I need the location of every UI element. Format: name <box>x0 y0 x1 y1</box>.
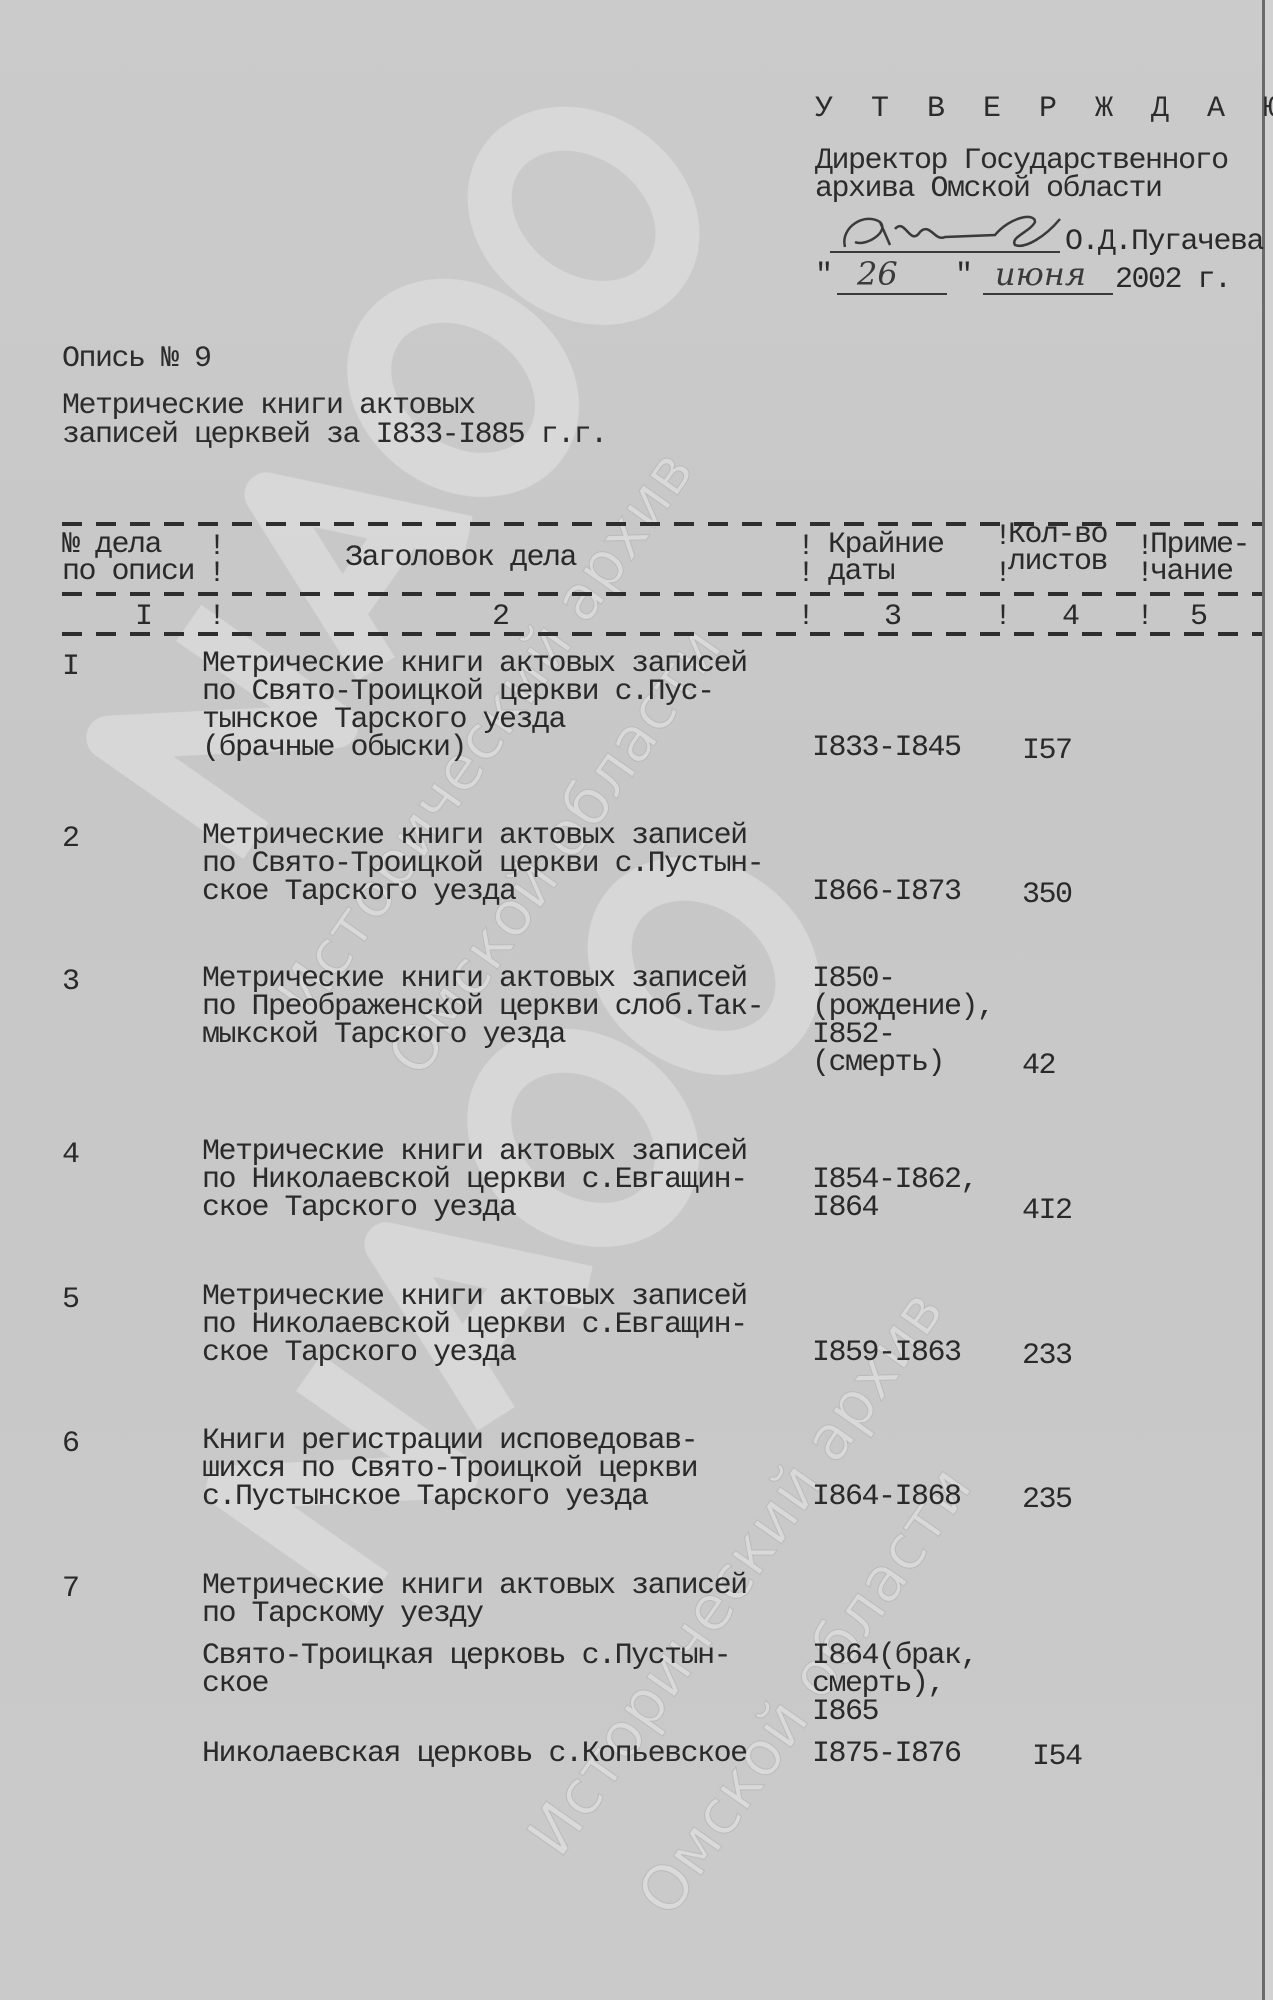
col-number-4: 4 <box>1062 600 1080 634</box>
col-number-5: 5 <box>1190 600 1208 634</box>
case-title: Метрические книги актовых записей по Ник… <box>202 1138 747 1222</box>
sub-item-title: Свято-Троицкая церковь с.Пустын- ское <box>202 1642 730 1698</box>
sub-item-title: Николаевская церковь с.Копьевское <box>202 1740 747 1768</box>
date-month: июня <box>995 255 1086 293</box>
signature-underline <box>830 251 1060 253</box>
col-separator: ! <box>208 600 226 634</box>
case-dates: I854-I862, I864 <box>812 1166 977 1222</box>
date-year: 2002 г. <box>1115 263 1231 297</box>
col-header-sheets-line2: листов <box>1008 549 1107 576</box>
col-header-note-line2: чание <box>1150 559 1233 586</box>
col-separator: ! <box>1136 557 1154 591</box>
sub-item-dates: I875-I876 <box>812 1740 961 1768</box>
col-number-2: 2 <box>492 600 510 634</box>
case-title: Книги регистрации исповедовав- шихся по … <box>202 1427 697 1511</box>
col-number-1: I <box>135 600 153 634</box>
case-sheet-count: 235 <box>1022 1483 1072 1517</box>
case-title: Метрические книги актовых записей по Ник… <box>202 1283 747 1367</box>
case-number: 2 <box>62 822 80 856</box>
col-separator: ! <box>994 557 1012 591</box>
month-underline <box>983 293 1113 295</box>
inventory-title-line1: Метрические книги актовых <box>62 392 475 421</box>
scan-margin <box>1265 0 1273 2000</box>
col-separator: ! <box>994 600 1012 634</box>
date-day: 26 <box>857 255 898 293</box>
signature-row: О.Д.Пугачева <box>815 215 1255 255</box>
case-sheet-count: 4I2 <box>1022 1194 1072 1228</box>
date-close-quote: " <box>955 259 973 293</box>
case-sheet-count: 42 <box>1022 1049 1055 1083</box>
col-separator: ! <box>994 520 1012 554</box>
case-title: Метрические книги актовых записей по Тар… <box>202 1572 747 1628</box>
approval-heading: У Т В Е Р Ж Д А Ю <box>815 95 1273 124</box>
col-header-title: Заголовок дела <box>345 545 576 572</box>
case-sheet-count: I57 <box>1022 734 1072 768</box>
sub-item-dates: I864(брак, смерть), I865 <box>812 1642 977 1726</box>
case-title: Метрические книги актовых записей по Свя… <box>202 650 747 762</box>
case-dates: I833-I845 <box>812 734 961 762</box>
case-sheet-count: 233 <box>1022 1339 1072 1373</box>
col-number-3: 3 <box>884 600 902 634</box>
approval-date: " 26 " июня 2002 г. <box>815 255 1255 295</box>
case-number: 5 <box>62 1283 80 1317</box>
case-dates: I850- (рождение), I852- (смерть) <box>812 965 994 1077</box>
case-dates: I859-I863 <box>812 1339 961 1367</box>
handwritten-signature <box>835 207 1075 257</box>
signer-name: О.Д.Пугачева <box>1065 225 1263 259</box>
case-number: I <box>62 650 80 684</box>
col-separator: ! <box>797 557 815 591</box>
table-header-rule <box>62 592 1262 596</box>
col-separator: ! <box>1136 600 1154 634</box>
case-number: 6 <box>62 1427 80 1461</box>
col-separator: ! <box>797 600 815 634</box>
inventory-title-line2: записей церквей за I833-I885 г.г. <box>62 421 607 450</box>
inventory-number: Опись № 9 <box>62 345 211 374</box>
case-dates: I864-I868 <box>812 1483 961 1511</box>
case-title: Метрические книги актовых записей по Пре… <box>202 965 763 1049</box>
case-number: 3 <box>62 965 80 999</box>
approver-position-line2: архива Омской области <box>815 175 1162 204</box>
sub-item-sheet-count: I54 <box>1032 1740 1082 1774</box>
case-number: 7 <box>62 1572 80 1606</box>
col-header-dates-line2: даты <box>828 559 894 586</box>
case-dates: I866-I873 <box>812 878 961 906</box>
case-sheet-count: 350 <box>1022 878 1072 912</box>
day-underline <box>837 293 947 295</box>
col-separator: ! <box>208 557 226 591</box>
case-title: Метрические книги актовых записей по Свя… <box>202 822 763 906</box>
table-number-rule <box>62 632 1262 636</box>
date-open-quote: " <box>815 259 833 293</box>
case-number: 4 <box>62 1138 80 1172</box>
col-header-case-no-line2: по описи <box>62 559 194 586</box>
